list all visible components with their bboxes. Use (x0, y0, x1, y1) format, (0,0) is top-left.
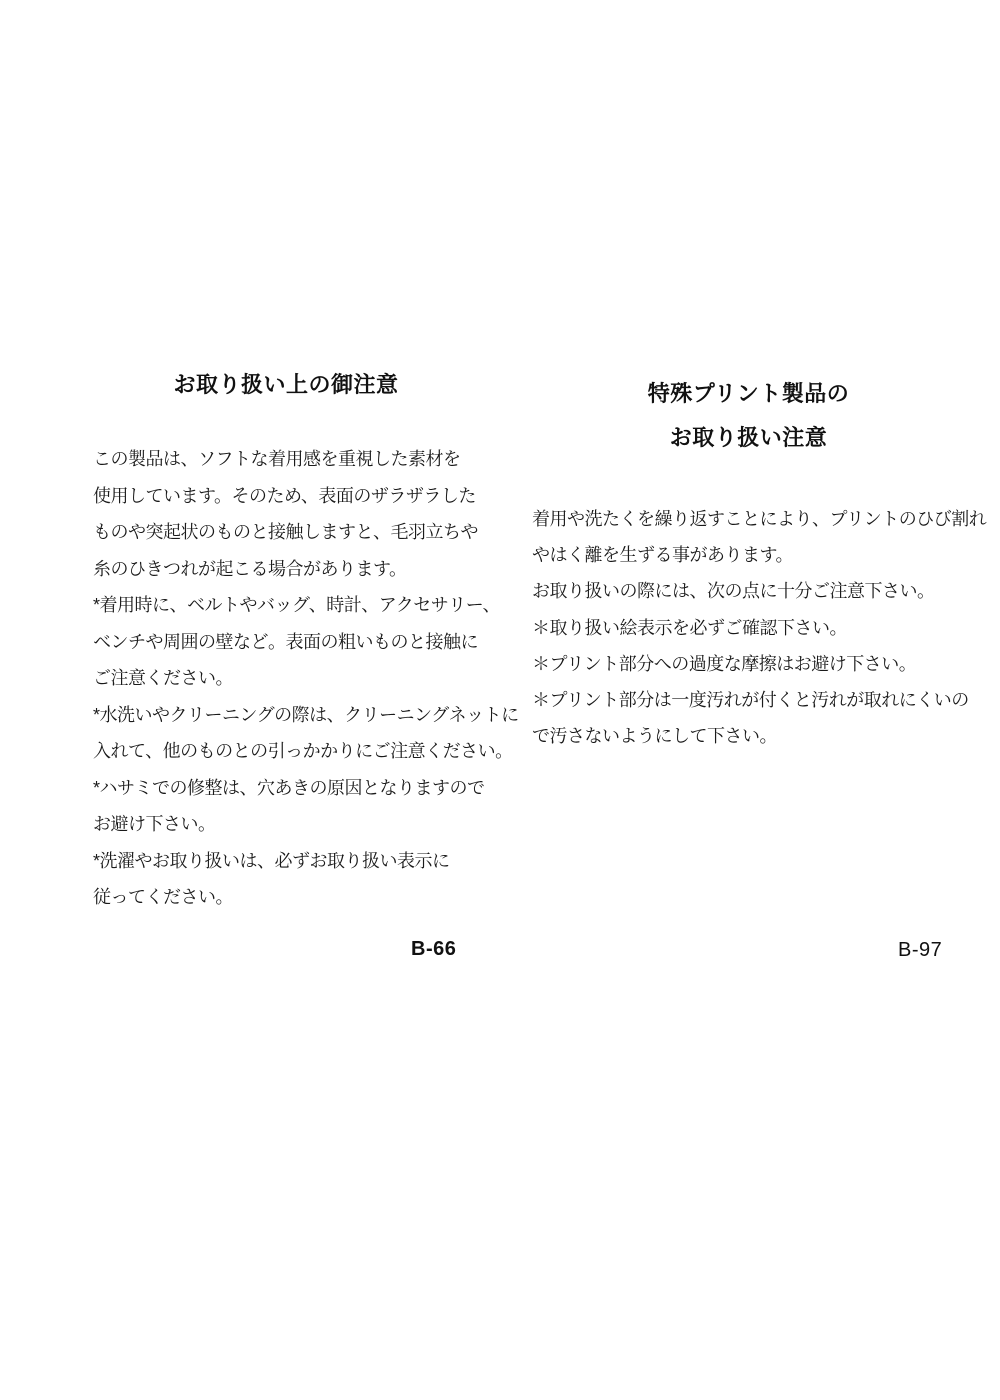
text-line: で汚さないようにして下さい。 (532, 718, 972, 754)
right-column-title-line1: 特殊プリント製品の (532, 372, 965, 416)
text-line: *着用時に、ベルトやバッグ、時計、アクセサリー、 (93, 587, 493, 624)
text-line: お取り扱いの際には、次の点に十分ご注意下さい。 (532, 573, 972, 609)
text-line: 従ってください。 (93, 879, 493, 916)
text-line: やはく離を生ずる事があります。 (532, 537, 972, 573)
left-column-body: この製品は、ソフトな着用感を重視した素材を 使用しています。そのため、表面のザラ… (93, 441, 493, 916)
text-line: ＊取り扱い絵表示を必ずご確認下さい。 (532, 610, 972, 646)
left-column-title: お取り扱い上の御注意 (93, 372, 479, 398)
text-line: ご注意ください。 (93, 660, 493, 697)
care-instructions-page: お取り扱い上の御注意 この製品は、ソフトな着用感を重視した素材を 使用しています… (0, 0, 1000, 1400)
text-line: 着用や洗たくを繰り返すことにより、プリントのひび割れ (532, 501, 972, 537)
right-column-body: 着用や洗たくを繰り返すことにより、プリントのひび割れ やはく離を生ずる事がありま… (532, 501, 972, 754)
text-line: ＊プリント部分は一度汚れが付くと汚れが取れにくいの (532, 682, 972, 718)
text-line: *洗濯やお取り扱いは、必ずお取り扱い表示に (93, 843, 493, 880)
text-line: ベンチや周囲の壁など。表面の粗いものと接触に (93, 624, 493, 661)
text-line: 入れて、他のものとの引っかかりにご注意ください。 (93, 733, 493, 770)
right-column-title-line2: お取り扱い注意 (532, 416, 965, 460)
text-line: ものや突起状のものと接触しますと、毛羽立ちや (93, 514, 493, 551)
text-line: *ハサミでの修整は、穴あきの原因となりますので (93, 770, 493, 807)
text-line: お避け下さい。 (93, 806, 493, 843)
text-line: *水洗いやクリーニングの際は、クリーニングネットに (93, 697, 493, 734)
text-line: 使用しています。そのため、表面のザラザラした (93, 478, 493, 515)
text-line: この製品は、ソフトな着用感を重視した素材を (93, 441, 493, 478)
right-column-title: 特殊プリント製品の お取り扱い注意 (532, 372, 965, 460)
page-code-left: B-66 (411, 938, 456, 961)
text-line: ＊プリント部分への過度な摩擦はお避け下さい。 (532, 646, 972, 682)
page-code-right: B-97 (898, 939, 942, 962)
text-line: 糸のひきつれが起こる場合があります。 (93, 551, 493, 588)
